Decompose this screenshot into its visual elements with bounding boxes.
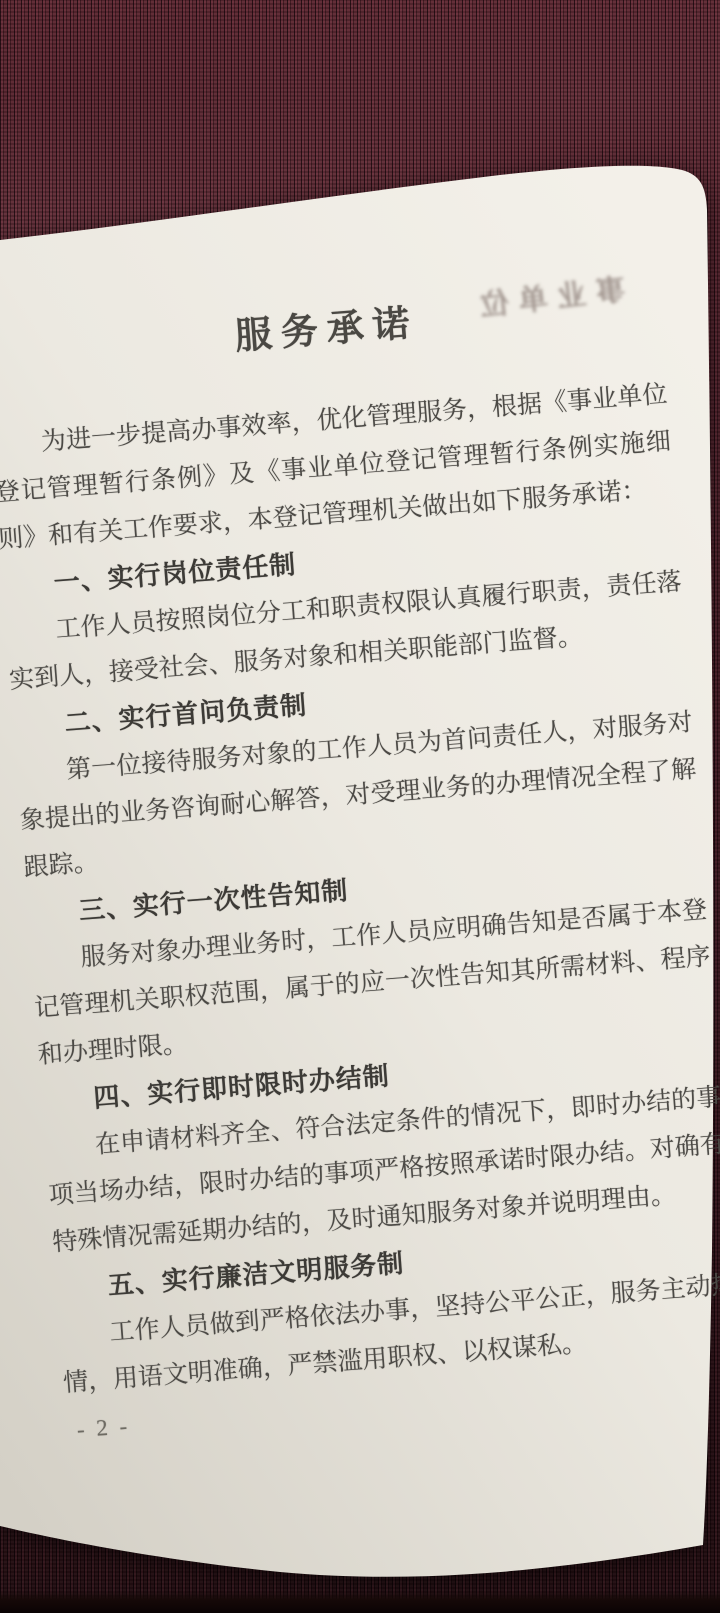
page-content: 事业单位 服务承诺 为进一步提高办事效率，优化管理服务，根据《事业单位登记管理暂… bbox=[0, 281, 720, 1454]
table-edge-shadow bbox=[0, 1591, 720, 1613]
photographed-document-scene: 事业单位 服务承诺 为进一步提高办事效率，优化管理服务，根据《事业单位登记管理暂… bbox=[0, 0, 720, 1613]
